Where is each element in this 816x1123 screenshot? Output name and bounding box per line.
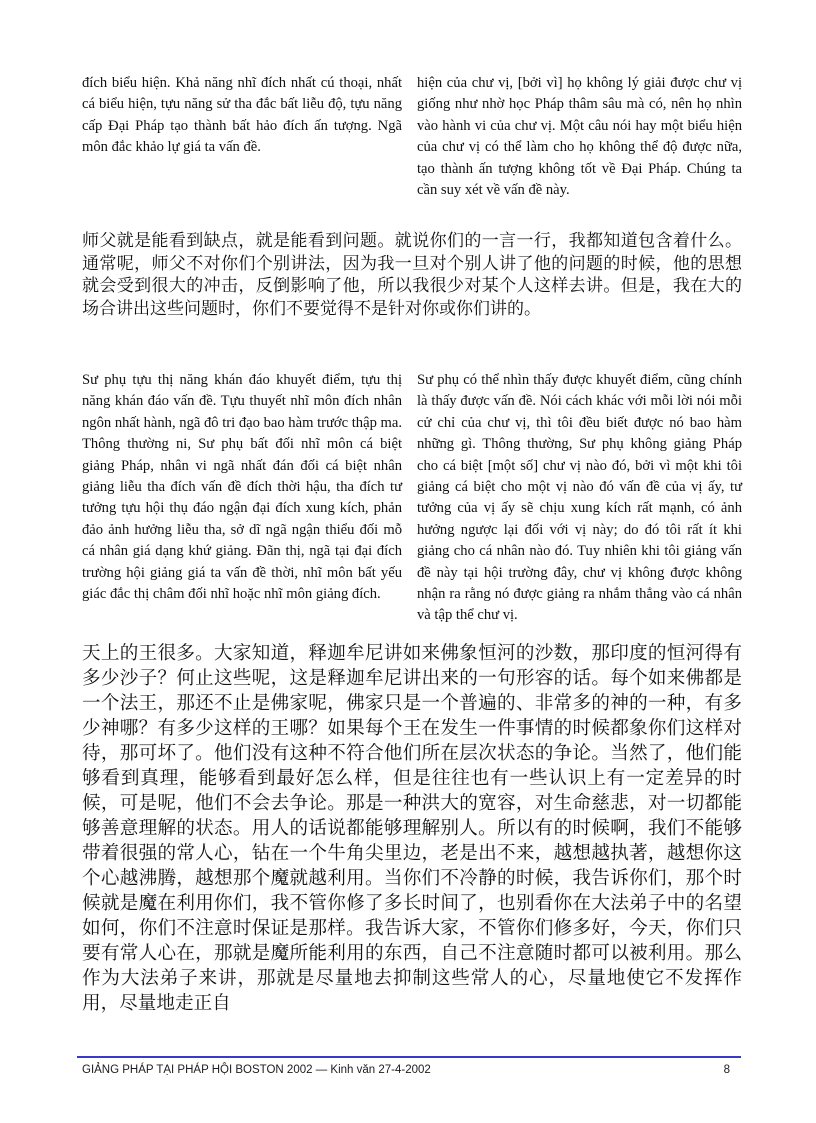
chinese-paragraph-2: 天上的王很多。大家知道，释迦牟尼讲如来佛象恒河的沙数，那印度的恒河得有多少沙子？… bbox=[82, 641, 742, 1016]
footer-divider-rule bbox=[77, 1056, 741, 1058]
bilingual-row-1: đích biểu hiện. Khả năng nhĩ đích nhất c… bbox=[82, 73, 742, 201]
footer-title: GIẢNG PHÁP TẠI PHÁP HỘI BOSTON 2002 — Ki… bbox=[82, 1064, 431, 1076]
bilingual-row-2: Sư phụ tựu thị năng khán đáo khuyết điểm… bbox=[82, 370, 742, 627]
page-number: 8 bbox=[724, 1064, 742, 1076]
document-page: đích biểu hiện. Khả năng nhĩ đích nhất c… bbox=[0, 0, 816, 1123]
chinese-paragraph-1: 师父就是能看到缺点，就是能看到问题。就说你们的一言一行，我都知道包含着什么。通常… bbox=[82, 230, 742, 320]
vietnamese-paragraph-1: hiện của chư vị, [bởi vì] họ không lý gi… bbox=[417, 73, 742, 201]
footer: GIẢNG PHÁP TẠI PHÁP HỘI BOSTON 2002 — Ki… bbox=[82, 1064, 742, 1076]
sino-vietnamese-paragraph-1: đích biểu hiện. Khả năng nhĩ đích nhất c… bbox=[82, 73, 402, 201]
sino-vietnamese-paragraph-2: Sư phụ tựu thị năng khán đáo khuyết điểm… bbox=[82, 370, 402, 627]
vietnamese-paragraph-2: Sư phụ có thể nhìn thấy được khuyết điểm… bbox=[417, 370, 742, 627]
